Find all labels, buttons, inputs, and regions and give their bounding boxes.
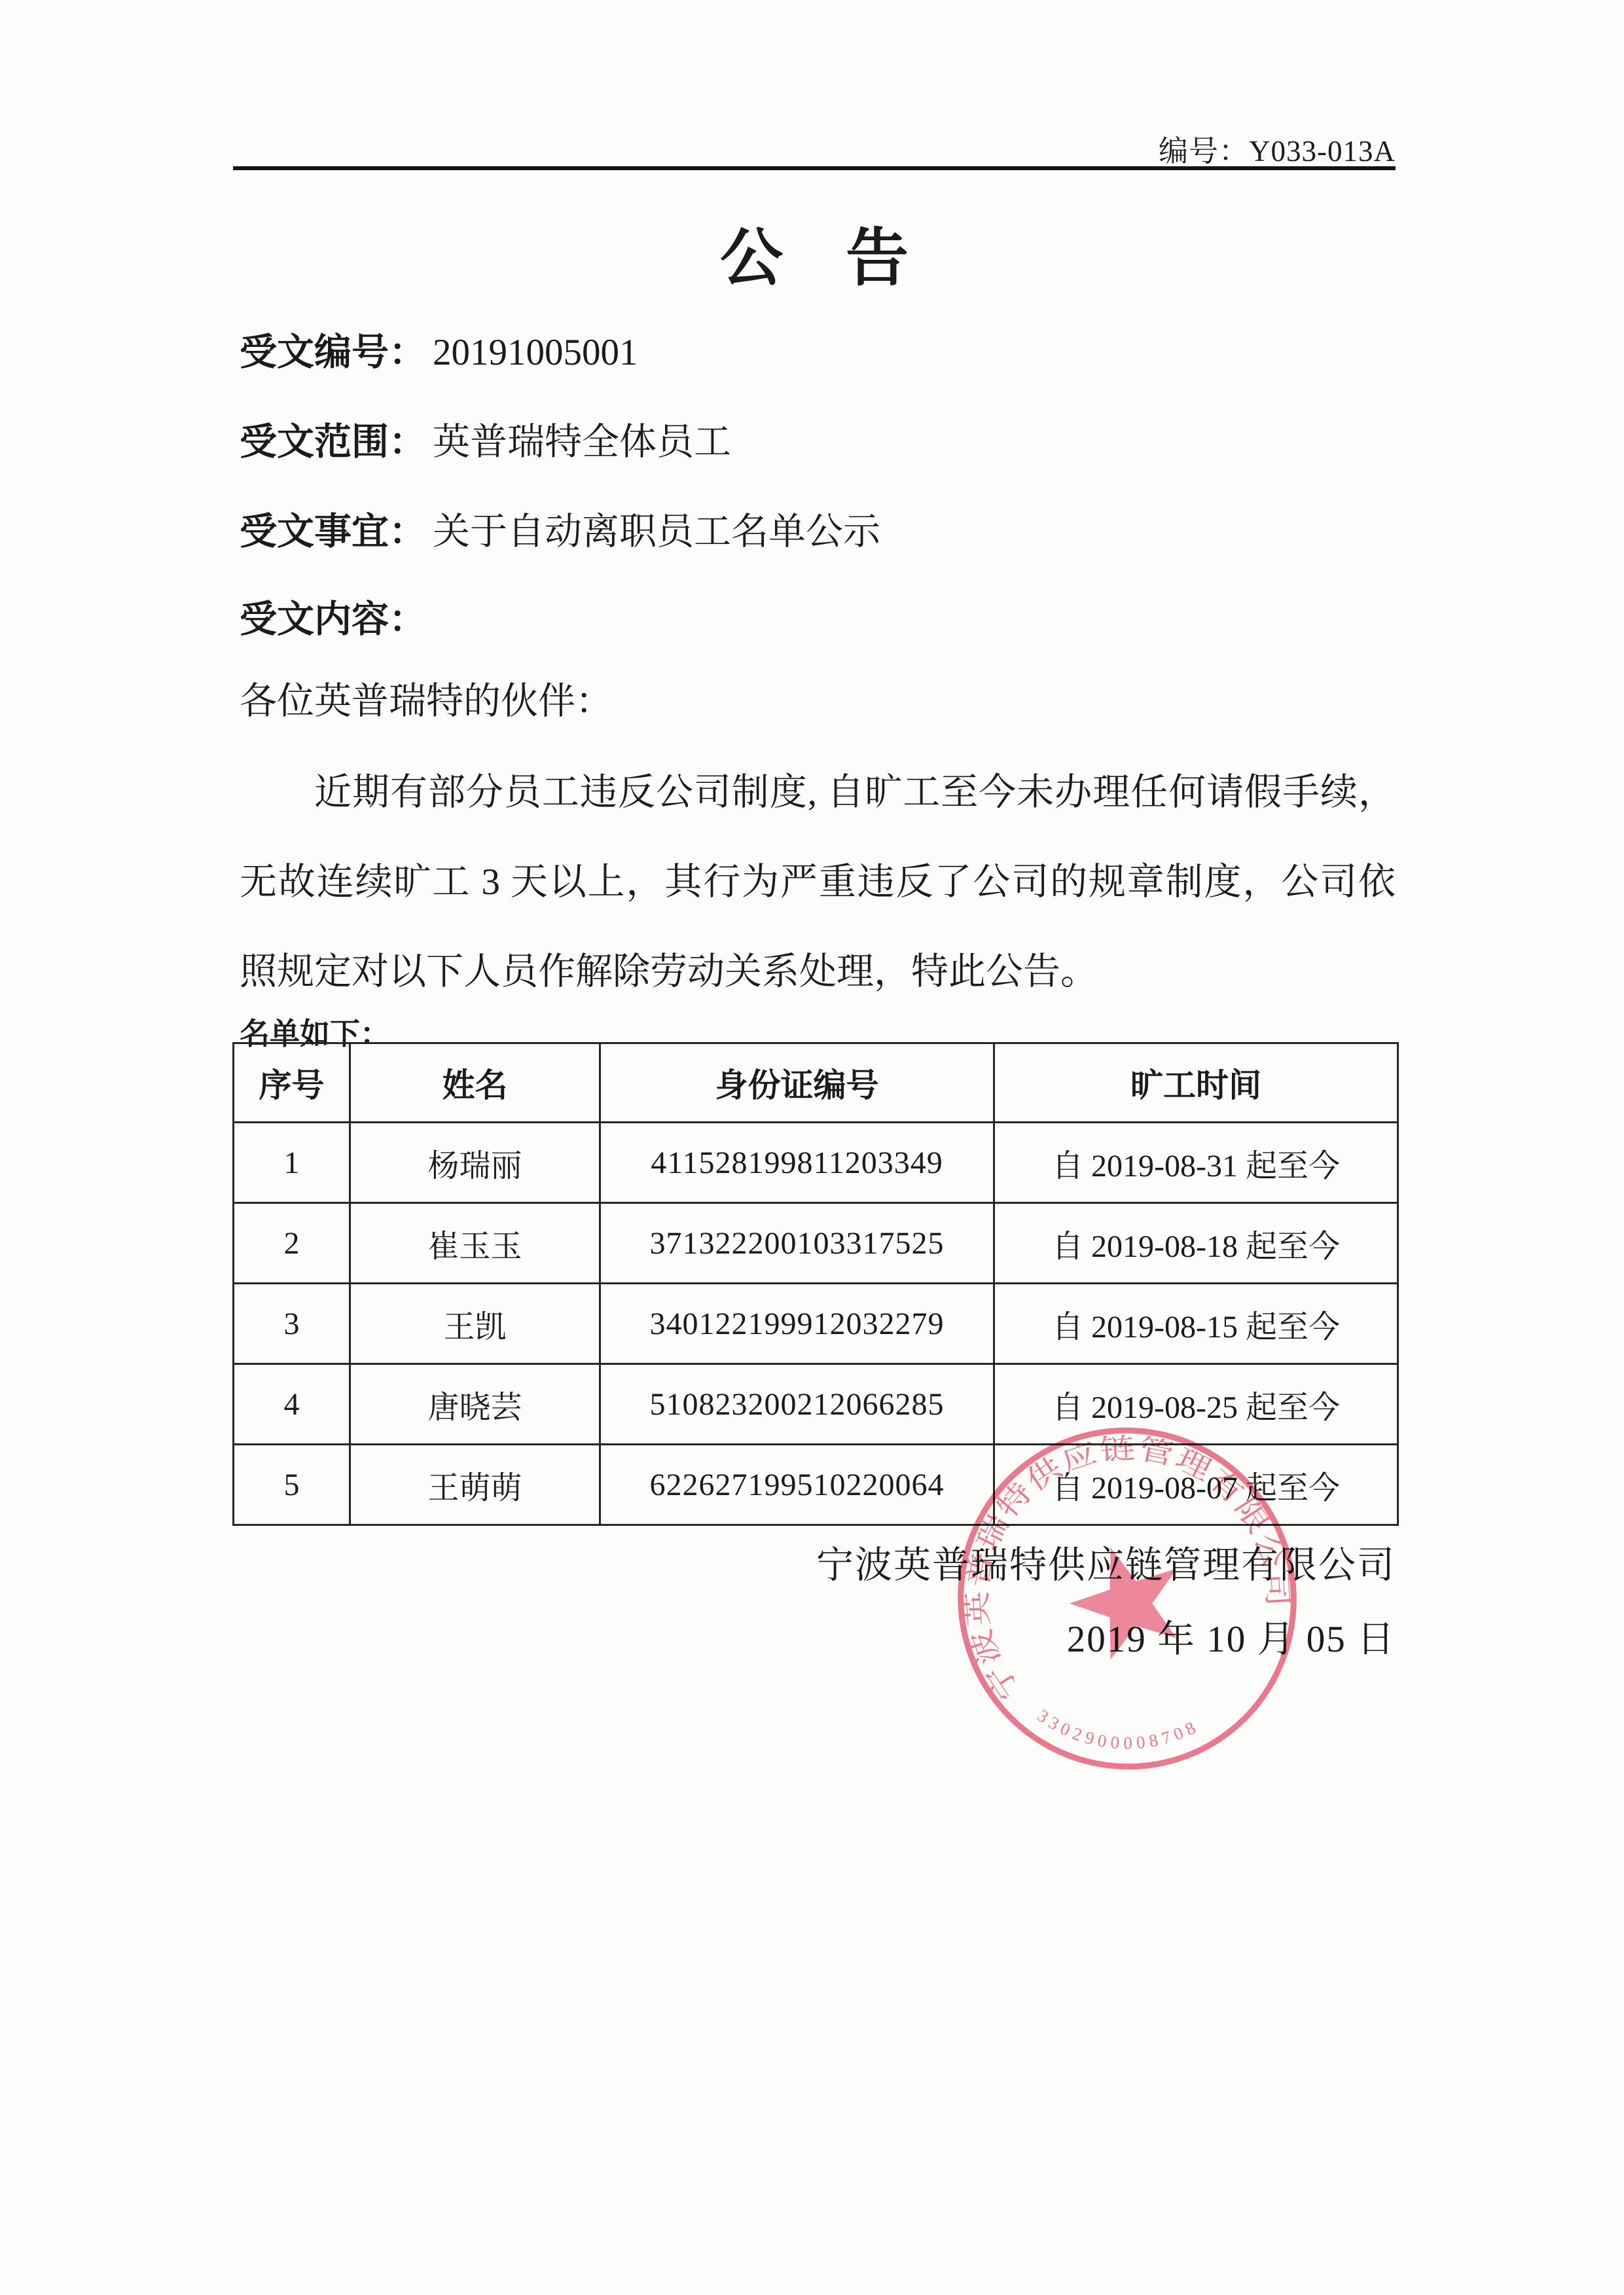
seal-code-text: 3302900008708 xyxy=(1030,1662,1204,1775)
signature-company: 宁波英普瑞特供应链管理有限公司 xyxy=(816,1535,1396,1589)
cell-index: 5 xyxy=(234,1445,350,1525)
table-header-row: 序号 姓名 身份证编号 旷工时间 xyxy=(234,1043,1398,1123)
salutation: 各位英普瑞特的伙伴： xyxy=(240,671,613,725)
cell-absence-time: 自 2019-08-15 起至今 xyxy=(994,1284,1398,1364)
cell-index: 4 xyxy=(234,1364,350,1445)
cell-name: 王萌萌 xyxy=(350,1445,600,1525)
header-rule xyxy=(233,166,1396,170)
field-value: 英普瑞特全体员工 xyxy=(433,422,731,463)
dismissed-employees-table: 序号 姓名 身份证编号 旷工时间 1 杨瑞丽 41152819981120334… xyxy=(232,1042,1399,1526)
cell-id-number: 411528199811203349 xyxy=(600,1123,994,1203)
field-doc-number: 受文编号：20191005001 xyxy=(240,322,638,376)
table-row: 2 崔玉玉 371322200103317525 自 2019-08-18 起至… xyxy=(234,1203,1398,1284)
field-label: 受文事宜： xyxy=(240,511,426,552)
cell-id-number: 371322200103317525 xyxy=(600,1203,994,1284)
col-header-absence: 旷工时间 xyxy=(994,1043,1398,1123)
col-header-name: 姓名 xyxy=(350,1043,600,1123)
announcement-document: 编号：Y033-013A 公 告 受文编号：20191005001 受文范围：英… xyxy=(0,0,1624,2295)
cell-name: 唐晓芸 xyxy=(350,1364,600,1445)
cell-id-number: 510823200212066285 xyxy=(600,1364,994,1445)
field-scope: 受文范围：英普瑞特全体员工 xyxy=(240,412,731,465)
col-header-index: 序号 xyxy=(234,1043,350,1123)
field-content: 受文内容： xyxy=(240,589,433,643)
table-row: 3 王凯 340122199912032279 自 2019-08-15 起至今 xyxy=(234,1284,1398,1364)
cell-absence-time: 自 2019-08-07 起至今 xyxy=(994,1445,1398,1525)
table-row: 4 唐晓芸 510823200212066285 自 2019-08-25 起至… xyxy=(234,1364,1398,1445)
cell-absence-time: 自 2019-08-25 起至今 xyxy=(994,1364,1398,1445)
doc-code: 编号：Y033-013A xyxy=(1159,127,1396,170)
table-row: 1 杨瑞丽 411528199811203349 自 2019-08-31 起至… xyxy=(234,1123,1398,1203)
cell-index: 2 xyxy=(234,1203,350,1284)
cell-name: 杨瑞丽 xyxy=(350,1123,600,1203)
body-paragraph: 近期有部分员工违反公司制度, 自旷工至今未办理任何请假手续，无故连续旷工 3 天… xyxy=(240,748,1396,1017)
cell-index: 3 xyxy=(234,1284,350,1364)
signature-date: 2019 年 10 月 05 日 xyxy=(1067,1609,1396,1663)
field-subject: 受文事宜：关于自动离职员工名单公示 xyxy=(240,501,880,555)
cell-id-number: 340122199912032279 xyxy=(600,1284,994,1364)
cell-index: 1 xyxy=(234,1123,350,1203)
table-row: 5 王萌萌 622627199510220064 自 2019-08-07 起至… xyxy=(234,1445,1398,1525)
field-value: 关于自动离职员工名单公示 xyxy=(433,511,880,552)
cell-id-number: 622627199510220064 xyxy=(600,1445,994,1525)
svg-text:3302900008708: 3302900008708 xyxy=(1030,1662,1204,1775)
field-label: 受文编号： xyxy=(240,331,426,373)
page-title: 公 告 xyxy=(233,208,1396,298)
field-label: 受文内容： xyxy=(240,598,426,640)
field-label: 受文范围： xyxy=(240,421,426,463)
field-value: 20191005001 xyxy=(433,332,638,373)
cell-absence-time: 自 2019-08-31 起至今 xyxy=(994,1123,1398,1203)
col-header-id: 身份证编号 xyxy=(600,1043,994,1123)
cell-absence-time: 自 2019-08-18 起至今 xyxy=(994,1203,1398,1284)
cell-name: 崔玉玉 xyxy=(350,1203,600,1284)
cell-name: 王凯 xyxy=(350,1284,600,1364)
